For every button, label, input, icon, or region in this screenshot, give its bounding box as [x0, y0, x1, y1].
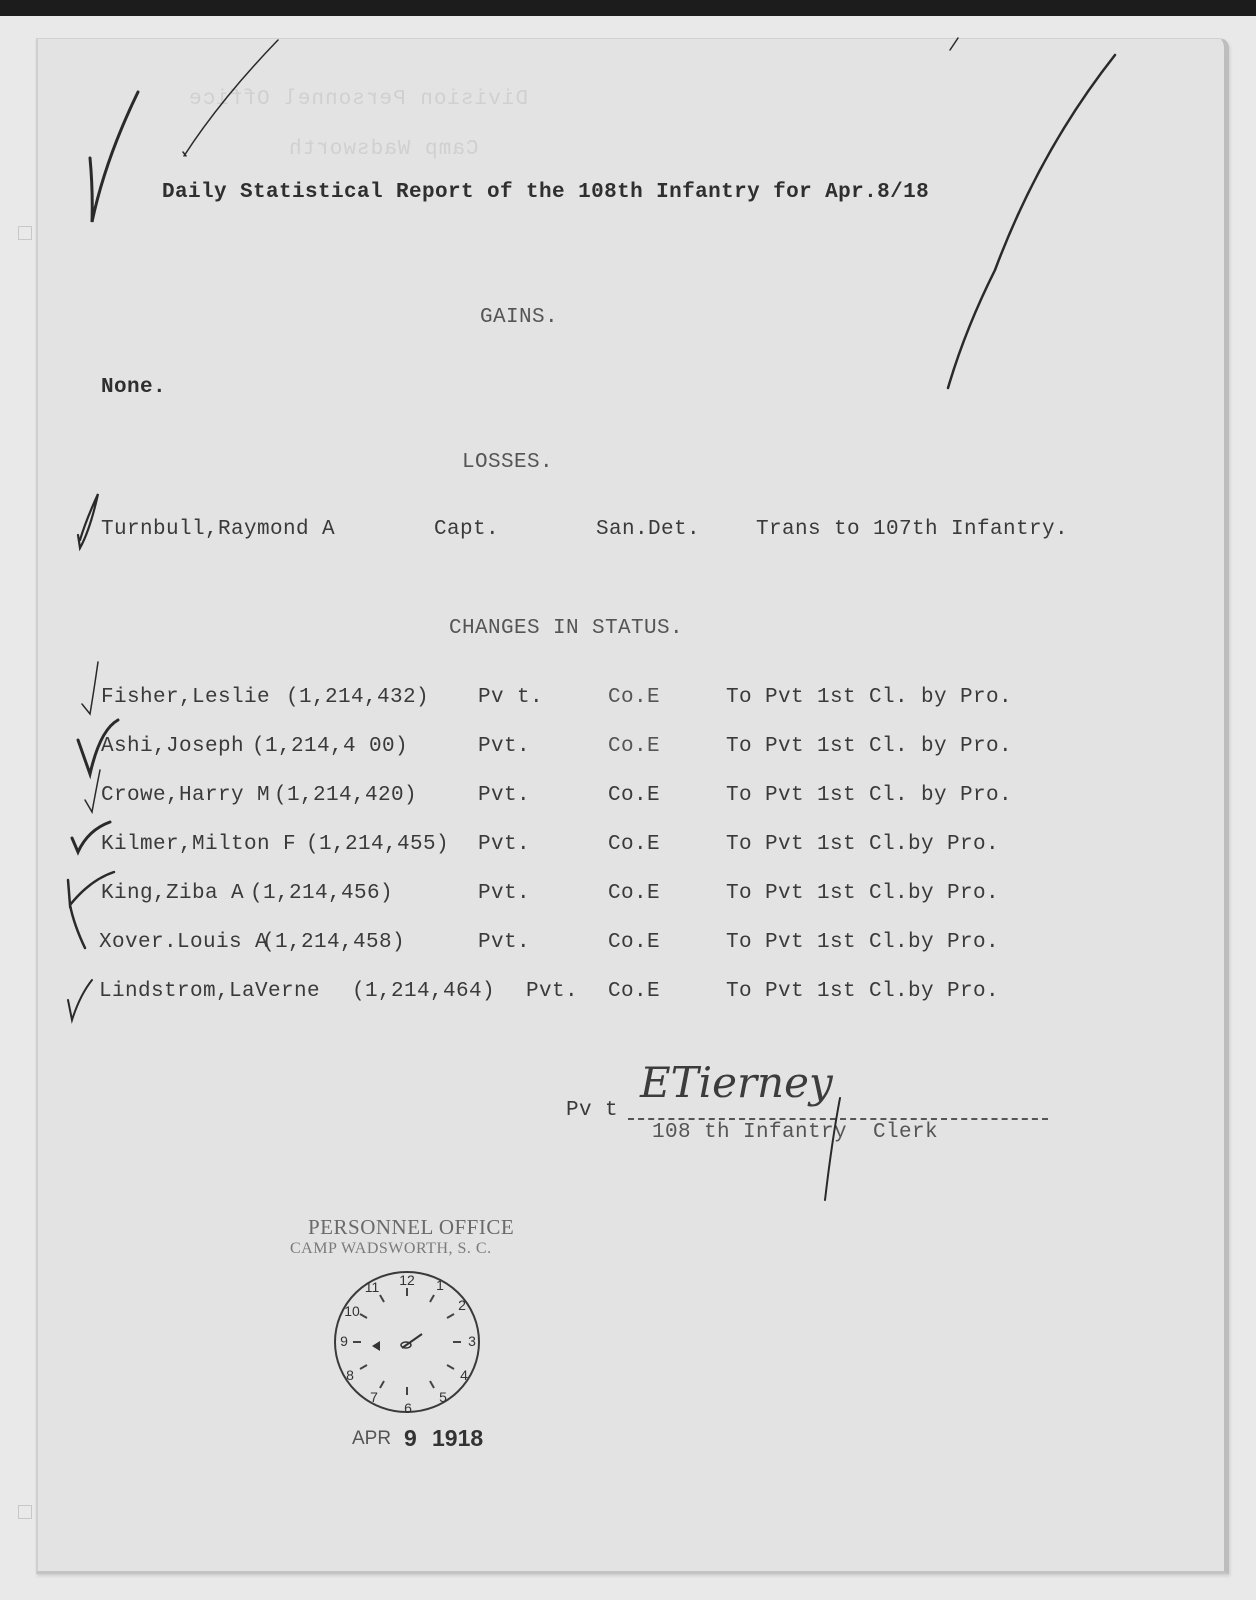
status-name: Xover.Louis A: [99, 931, 268, 954]
status-serial: (1,214,455): [306, 833, 449, 856]
status-action: To Pvt 1st Cl. by Pro.: [726, 784, 1012, 807]
svg-text:7: 7: [370, 1389, 378, 1405]
svg-text:11: 11: [365, 1279, 380, 1295]
loss-name: Turnbull,Raymond A: [101, 518, 335, 541]
signature-line: [628, 1118, 1048, 1120]
svg-text:5: 5: [439, 1389, 447, 1405]
bleed-through-line-2: Camp Wadsworth: [288, 138, 478, 161]
status-unit: Co.E: [608, 833, 660, 856]
status-unit: Co.E: [608, 980, 660, 1003]
handwritten-signature: ETierney: [640, 1058, 833, 1107]
svg-text:12: 12: [399, 1272, 415, 1288]
status-name: Kilmer,Milton F: [101, 833, 296, 856]
status-serial: (1,214,456): [250, 882, 393, 905]
status-serial: (1,214,4 00): [252, 735, 408, 758]
status-rank: Pvt.: [478, 735, 530, 758]
signature-rank: Pv t: [566, 1099, 618, 1122]
stamp-line-1: PERSONNEL OFFICE: [308, 1215, 514, 1240]
status-rank: Pvt.: [478, 931, 530, 954]
signature-title: 108 th Infantry Clerk: [652, 1121, 938, 1144]
scan-top-bar: [0, 0, 1256, 16]
status-unit: Co.E: [608, 882, 660, 905]
status-rank: Pvt.: [478, 882, 530, 905]
svg-text:6: 6: [404, 1400, 412, 1416]
status-action: To Pvt 1st Cl. by Pro.: [726, 735, 1012, 758]
status-unit: Co.E: [608, 784, 660, 807]
stamp-date-day: 9: [404, 1425, 417, 1452]
status-unit: Co.E: [608, 735, 660, 758]
loss-rank: Capt.: [434, 518, 499, 541]
status-serial: (1,214,420): [274, 784, 417, 807]
loss-unit: San.Det.: [596, 518, 700, 541]
status-serial: (1,214,432): [286, 686, 429, 709]
status-name: King,Ziba A: [101, 882, 244, 905]
report-title: Daily Statistical Report of the 108th In…: [162, 181, 929, 204]
svg-text:3: 3: [468, 1333, 476, 1349]
svg-text:10: 10: [344, 1303, 360, 1319]
bleed-through-line-1: Division Personnel Office: [188, 88, 528, 111]
status-unit: Co.E: [608, 686, 660, 709]
status-serial: (1,214,464): [352, 980, 495, 1003]
status-name: Crowe,Harry M: [101, 784, 270, 807]
stamp-line-2: CAMP WADSWORTH, S. C.: [290, 1240, 492, 1258]
status-action: To Pvt 1st Cl.by Pro.: [726, 882, 999, 905]
status-name: Ashi,Joseph: [101, 735, 244, 758]
status-rank: Pvt.: [526, 980, 578, 1003]
status-rank: Pvt.: [478, 833, 530, 856]
status-name: Lindstrom,LaVerne: [99, 980, 320, 1003]
status-action: To Pvt 1st Cl. by Pro.: [726, 686, 1012, 709]
loss-action: Trans to 107th Infantry.: [756, 518, 1068, 541]
svg-text:4: 4: [460, 1367, 468, 1383]
status-rank: Pvt.: [478, 784, 530, 807]
status-action: To Pvt 1st Cl.by Pro.: [726, 931, 999, 954]
status-serial: (1,214,458): [262, 931, 405, 954]
status-name: Fisher,Leslie: [101, 686, 270, 709]
svg-text:2: 2: [458, 1297, 466, 1313]
stamp-date-month: APR: [352, 1428, 391, 1450]
svg-text:1: 1: [436, 1277, 444, 1293]
changes-heading: CHANGES IN STATUS.: [449, 617, 683, 640]
status-rank: Pv t.: [478, 686, 543, 709]
status-action: To Pvt 1st Cl.by Pro.: [726, 980, 999, 1003]
svg-text:8: 8: [346, 1367, 354, 1383]
margin-mark: [18, 1505, 32, 1519]
svg-text:9: 9: [340, 1333, 348, 1349]
status-unit: Co.E: [608, 931, 660, 954]
margin-mark: [18, 226, 32, 240]
gains-heading: GAINS.: [480, 306, 558, 329]
gains-body: None.: [101, 376, 166, 399]
losses-heading: LOSSES.: [462, 451, 553, 474]
status-action: To Pvt 1st Cl.by Pro.: [726, 833, 999, 856]
stamp-date-year: 1918: [432, 1425, 483, 1452]
clock-stamp-icon: 1212 345 678 91011: [330, 1268, 486, 1416]
